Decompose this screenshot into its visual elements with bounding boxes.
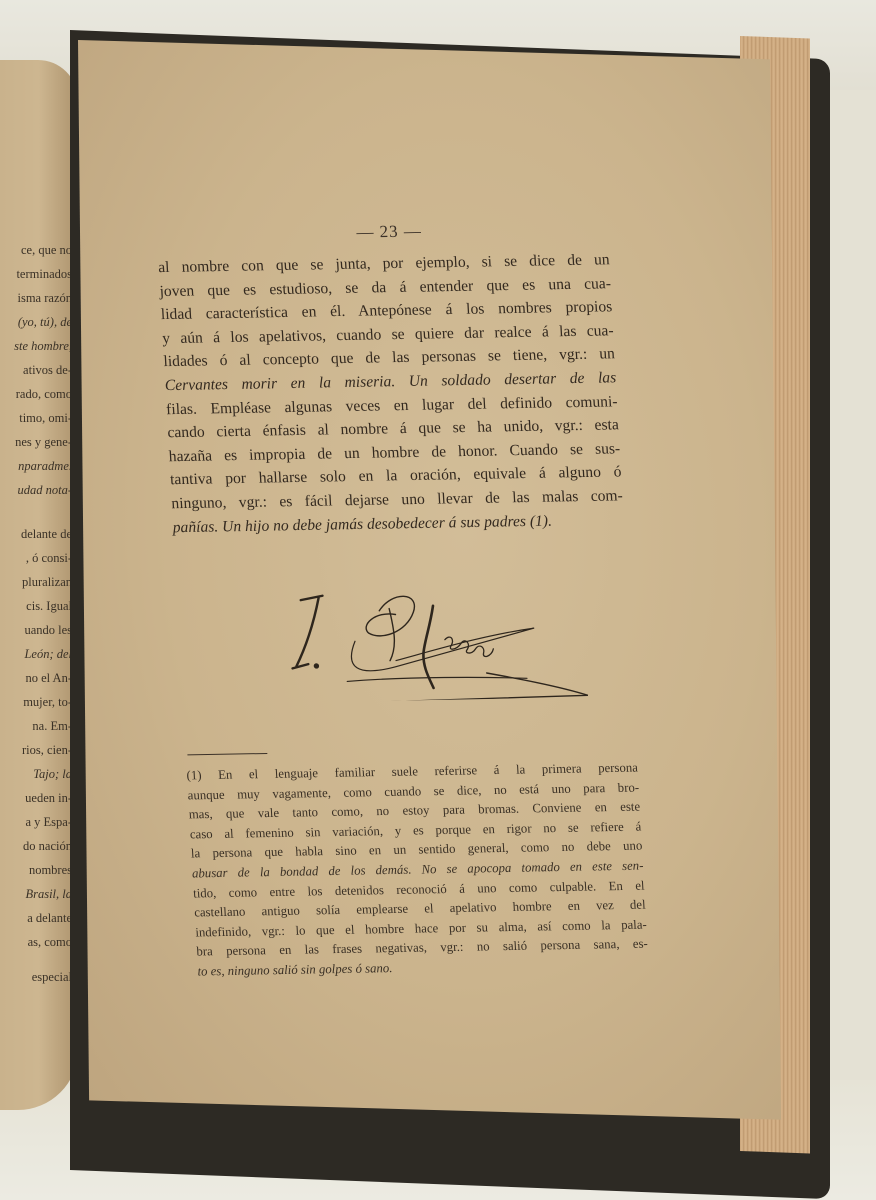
left-page-line: ueden in- [25,791,72,805]
left-page-line: terminados [16,267,72,281]
body-text: al nombre con que se junta, por ejemplo,… [158,248,625,539]
left-page-line: rios, cien- [22,743,72,757]
left-page-line: a delante [27,911,72,925]
footnote-line-text: to es, ninguno salió sin golpes ó sano. [197,961,393,978]
left-page-line: ste hombre, [14,339,72,353]
left-page-line: no el An- [25,671,72,685]
left-page-line: , ó consi- [26,551,72,565]
left-page-line: ativos de- [23,363,72,377]
left-page-line: do nación [23,839,72,853]
handwritten-signature [281,567,608,703]
left-page-line: as, como [28,935,72,949]
right-page: — 23 — al nombre con que se junta, por e… [78,40,781,1120]
left-page-line: udad nota- [17,483,72,497]
left-page-line: Tajo; la [33,767,72,781]
left-page-line: uando les [24,623,72,637]
left-page-line: (yo, tú), de [18,315,72,329]
page-number: — 23 — [324,221,455,243]
left-page-line: rado, como [16,387,72,401]
left-page-line: León; del [24,647,72,661]
left-page-line: nes y gene- [15,435,72,449]
footnote: (1) En el lenguaje familiar suele referi… [186,759,649,983]
page-content: — 23 — al nombre con que se junta, por e… [54,43,804,1116]
left-page-line: isma razón [18,291,73,305]
left-page-line: timo, omi- [19,411,72,425]
left-page-line: cis. Igual [26,599,72,613]
left-page-line: especial [32,970,72,984]
left-page-line: mujer, to- [23,695,72,709]
left-page-line: nparadme. [18,459,72,473]
body-line-text: Cervantes morir en la miseria. Un soldad… [164,369,616,394]
body-line-text: al nombre con que se junta, por ejemplo,… [158,251,610,276]
left-page-line: na. Em- [32,719,72,733]
left-page-line: Brasil, la [25,887,72,901]
left-page-line: nombres [29,863,72,877]
left-page-line: pluralizan [22,575,72,589]
body-line-text: pañías. Un hijo no debe jamás desobedece… [172,512,552,536]
left-page-line: a y Espa- [25,815,72,829]
body-line-text: ninguno, vgr.: es fácil dejarse uno llev… [171,487,623,512]
footnote-rule [187,753,267,755]
left-page-line: delante de [21,527,72,541]
